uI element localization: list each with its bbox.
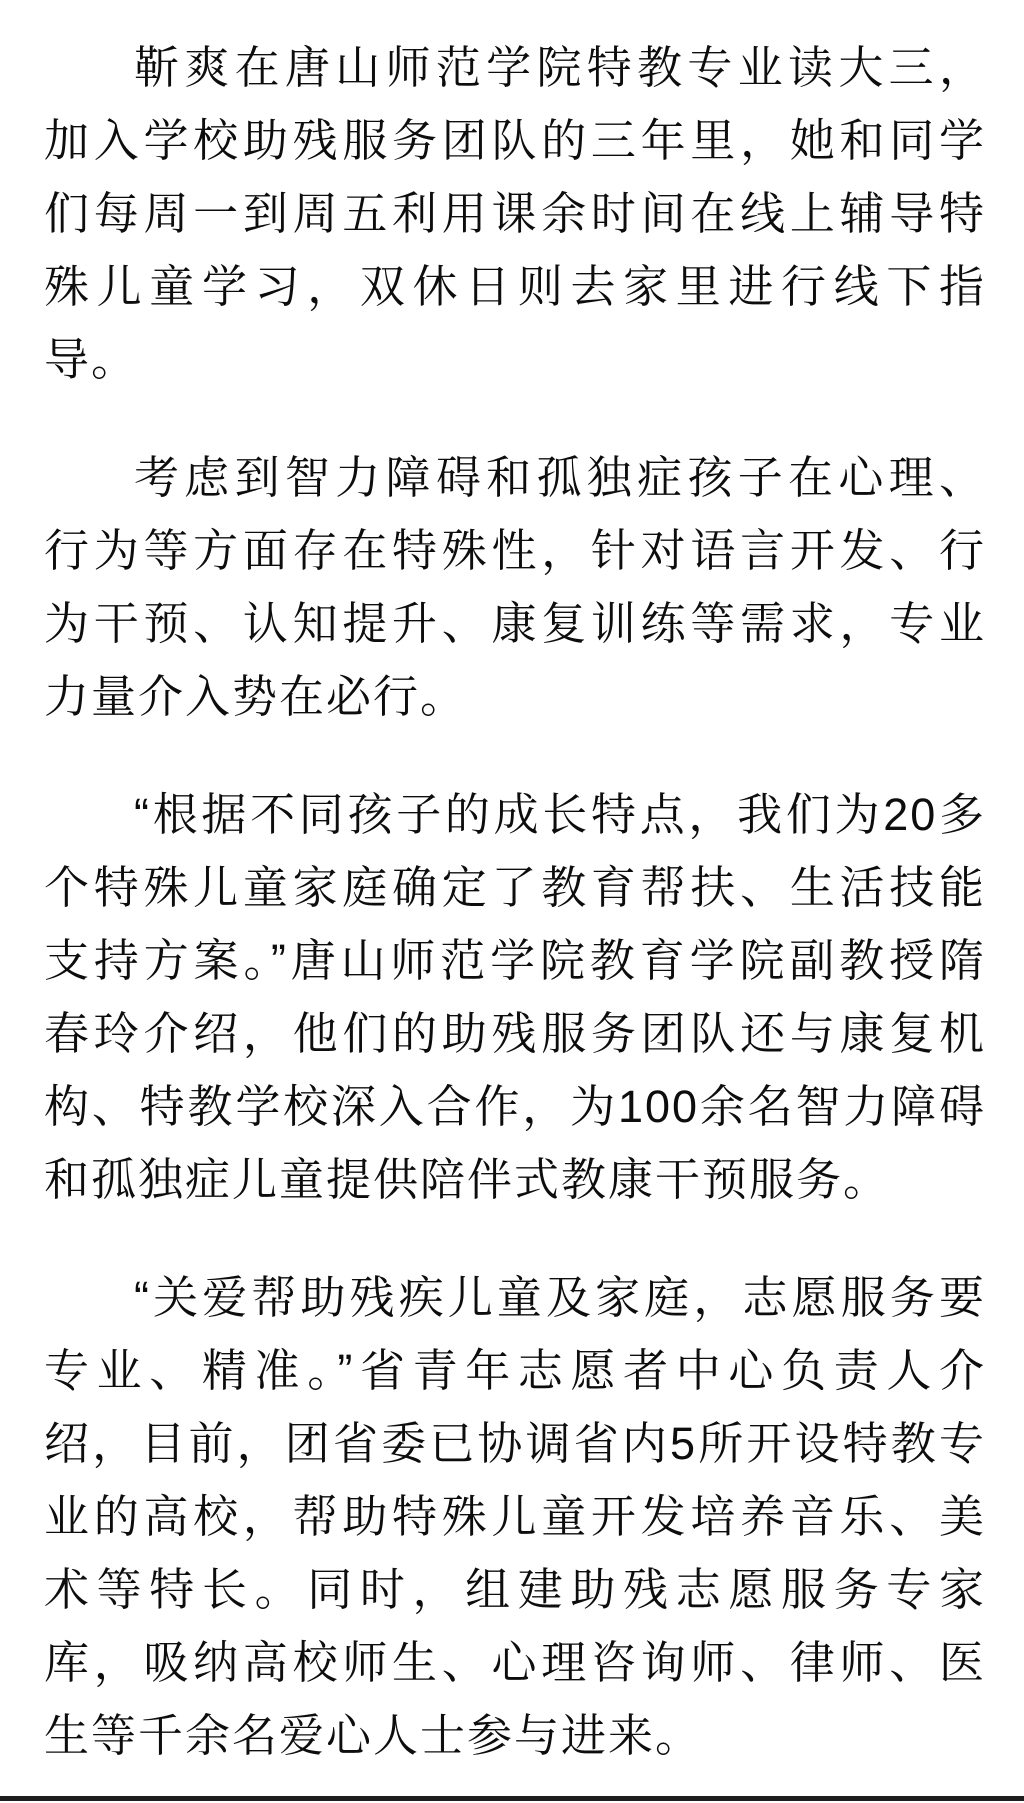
text-line: 绍，目前，团省委已协调省内5所开设特教专 bbox=[44, 1407, 986, 1480]
text-line: 和孤独症儿童提供陪伴式教康干预服务。 bbox=[44, 1143, 986, 1216]
paragraph-4: “关爱帮助残疾儿童及家庭，志愿服务要 专业、精准。”省青年志愿者中心负责人介 绍… bbox=[44, 1261, 986, 1772]
article-page: 靳爽在唐山师范学院特教专业读大三， 加入学校助残服务团队的三年里，她和同学 们每… bbox=[0, 0, 1024, 1803]
paragraph-2: 考虑到智力障碍和孤独症孩子在心理、 行为等方面存在特殊性，针对语言开发、行 为干… bbox=[44, 441, 986, 733]
text-line: 春玲介绍，他们的助残服务团队还与康复机 bbox=[44, 997, 986, 1070]
text-line: 靳爽在唐山师范学院特教专业读大三， bbox=[44, 31, 986, 104]
text-line: 业的高校，帮助特殊儿童开发培养音乐、美 bbox=[44, 1480, 986, 1553]
text-line: 加入学校助残服务团队的三年里，她和同学 bbox=[44, 104, 986, 177]
text-line: “根据不同孩子的成长特点，我们为20多 bbox=[44, 778, 986, 851]
text-line: 行为等方面存在特殊性，针对语言开发、行 bbox=[44, 514, 986, 587]
text-line: 导。 bbox=[44, 323, 986, 396]
paragraph-1: 靳爽在唐山师范学院特教专业读大三， 加入学校助残服务团队的三年里，她和同学 们每… bbox=[44, 31, 986, 396]
text-line: 生等千余名爱心人士参与进来。 bbox=[44, 1699, 986, 1772]
paragraph-3: “根据不同孩子的成长特点，我们为20多 个特殊儿童家庭确定了教育帮扶、生活技能 … bbox=[44, 778, 986, 1216]
text-line: 殊儿童学习，双休日则去家里进行线下指 bbox=[44, 250, 986, 323]
text-line: 力量介入势在必行。 bbox=[44, 660, 986, 733]
text-line: 专业、精准。”省青年志愿者中心负责人介 bbox=[44, 1334, 986, 1407]
text-line: 支持方案。”唐山师范学院教育学院副教授隋 bbox=[44, 924, 986, 997]
text-line: “关爱帮助残疾儿童及家庭，志愿服务要 bbox=[44, 1261, 986, 1334]
bottom-divider-line bbox=[0, 1796, 1024, 1801]
text-line: 们每周一到周五利用课余时间在线上辅导特 bbox=[44, 177, 986, 250]
text-line: 库，吸纳高校师生、心理咨询师、律师、医 bbox=[44, 1626, 986, 1699]
text-line: 考虑到智力障碍和孤独症孩子在心理、 bbox=[44, 441, 986, 514]
text-line: 为干预、认知提升、康复训练等需求，专业 bbox=[44, 587, 986, 660]
text-line: 构、特教学校深入合作，为100余名智力障碍 bbox=[44, 1070, 986, 1143]
article-body: 靳爽在唐山师范学院特教专业读大三， 加入学校助残服务团队的三年里，她和同学 们每… bbox=[0, 0, 1024, 1772]
text-line: 术等特长。同时，组建助残志愿服务专家 bbox=[44, 1553, 986, 1626]
text-line: 个特殊儿童家庭确定了教育帮扶、生活技能 bbox=[44, 851, 986, 924]
